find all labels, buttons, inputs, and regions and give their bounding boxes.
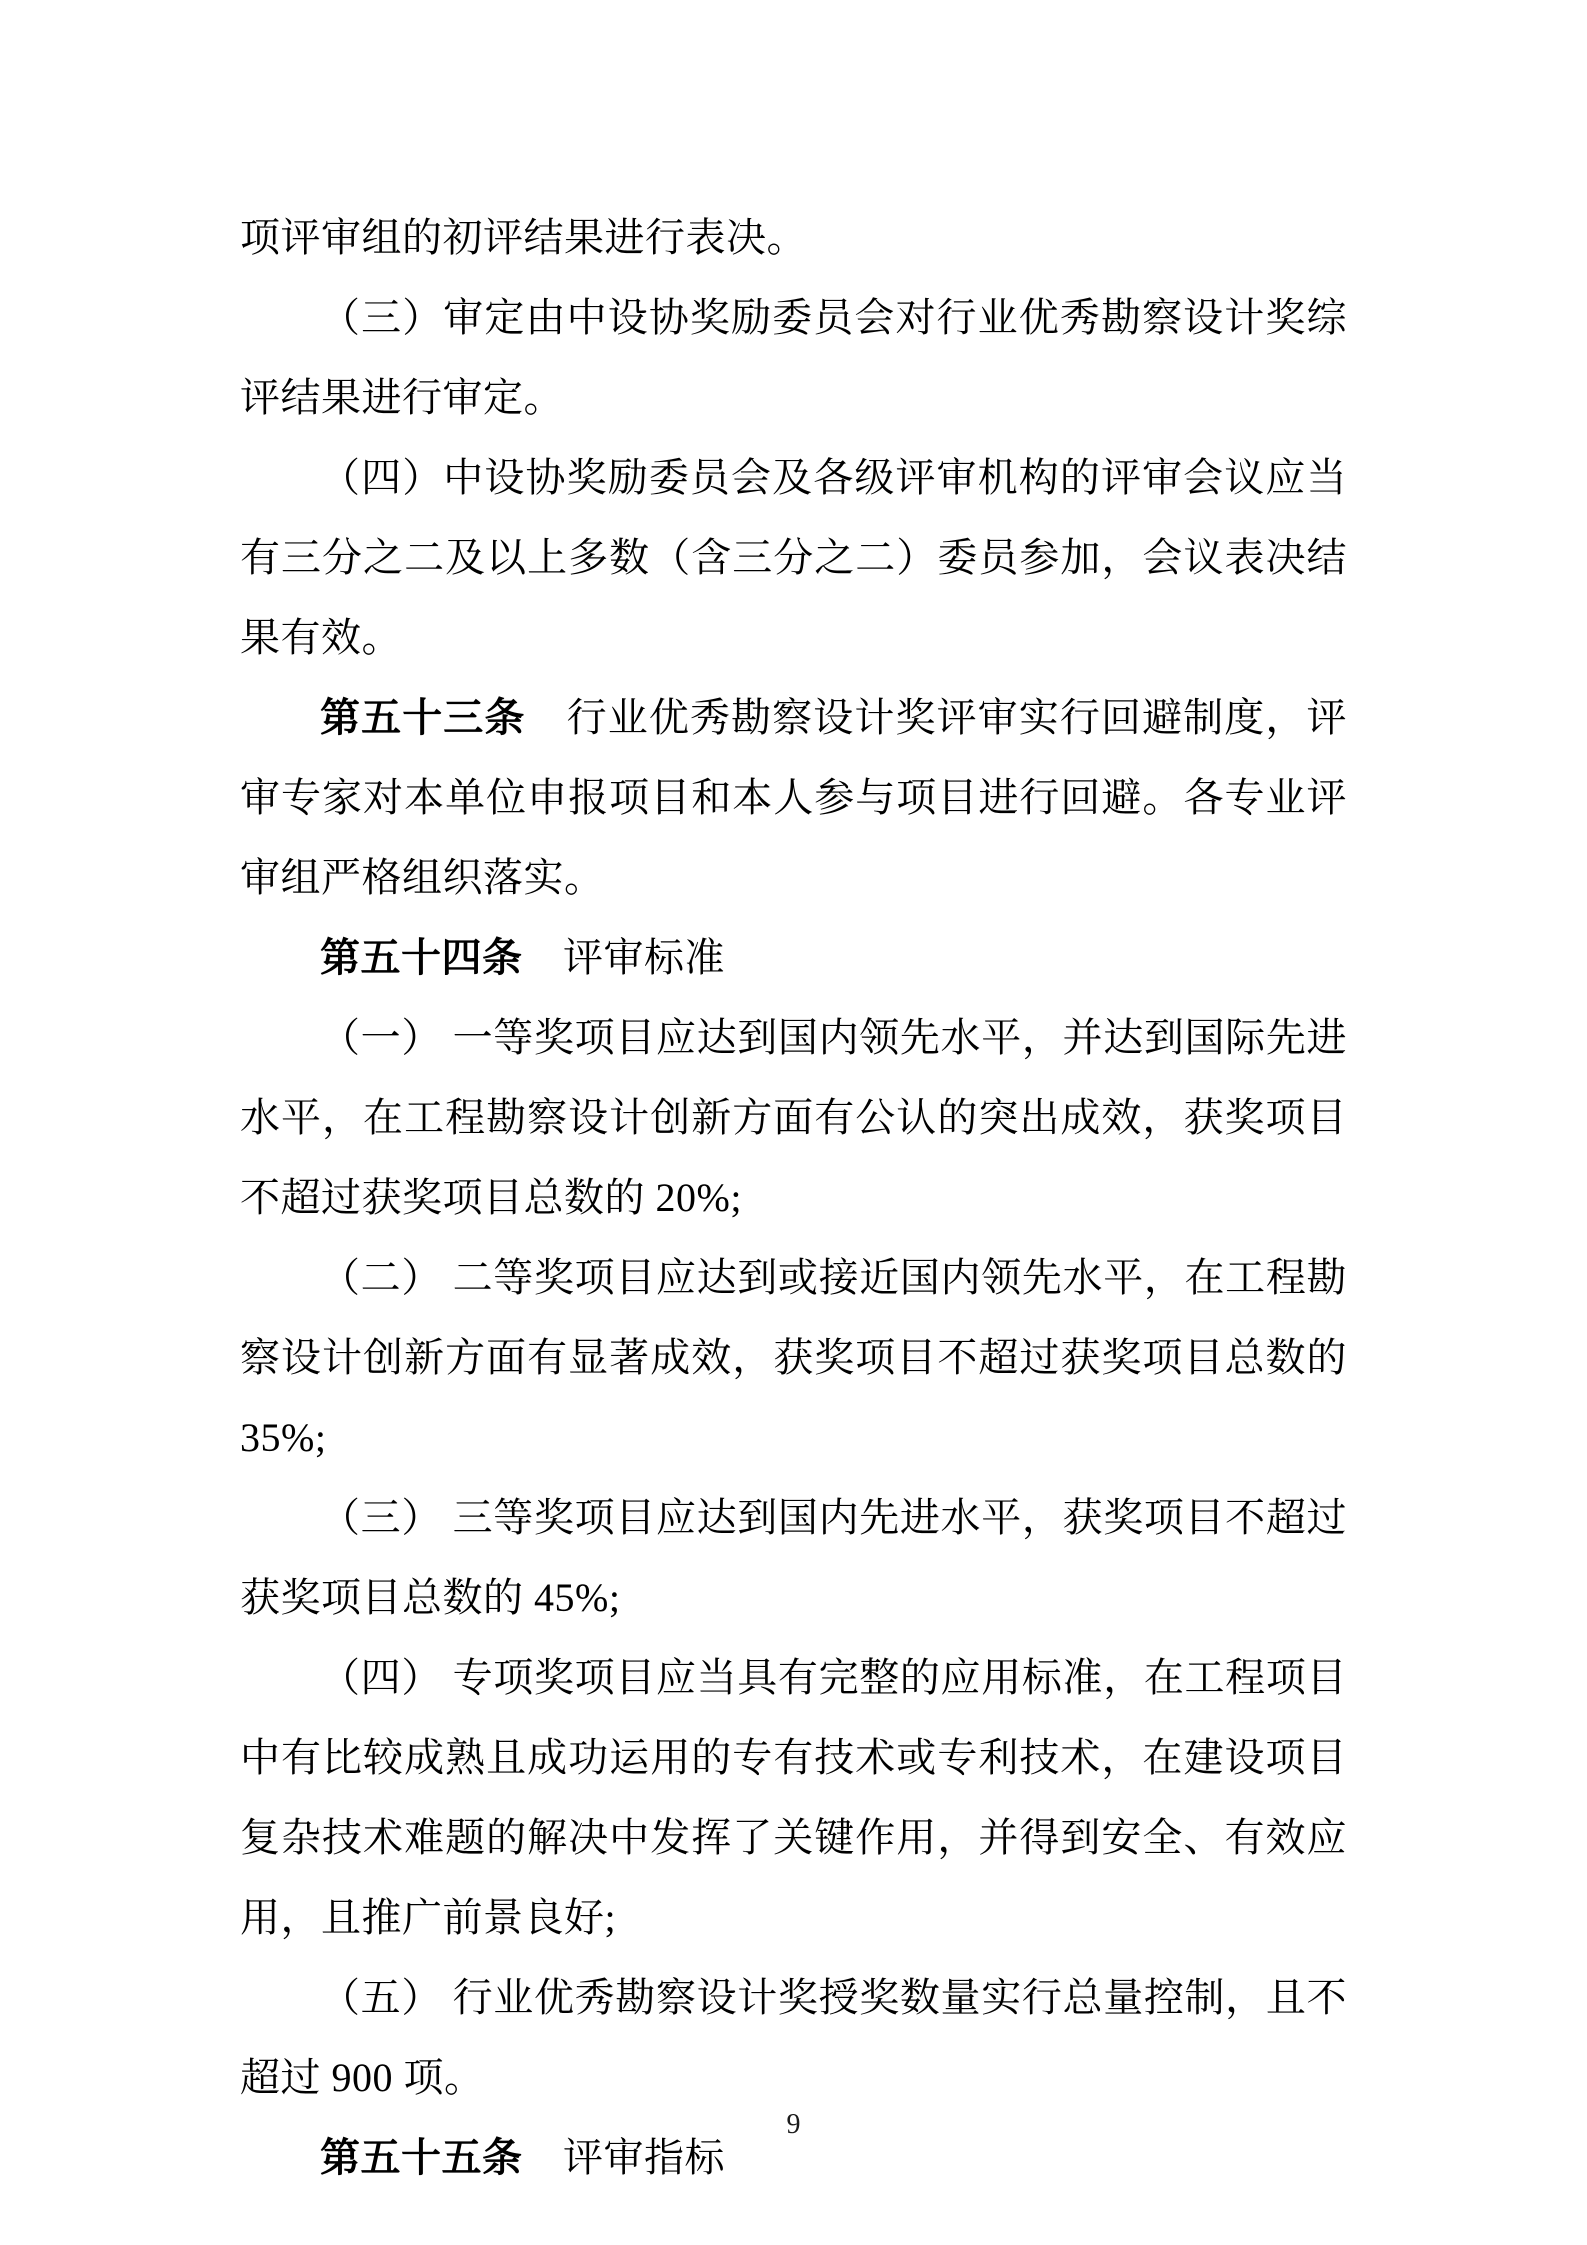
text-segment: （五） 行业优秀勘察设计奖授奖数量实行总量控制，且不超过 900 项。 <box>240 1975 1347 2100</box>
paragraph: （三）审定由中设协奖励委员会对行业优秀勘察设计奖综评结果进行审定。 <box>240 278 1347 438</box>
article-heading-segment: 第五十四条 <box>320 936 523 980</box>
paragraph: （五） 行业优秀勘察设计奖授奖数量实行总量控制，且不超过 900 项。 <box>240 1958 1347 2118</box>
text-segment: （四） 专项奖项目应当具有完整的应用标准，在工程项目中有比较成熟且成功运用的专有… <box>240 1655 1347 1940</box>
document-body: 项评审组的初评结果进行表决。（三）审定由中设协奖励委员会对行业优秀勘察设计奖综评… <box>240 198 1347 2198</box>
paragraph: （一） 一等奖项目应达到国内领先水平，并达到国际先进水平，在工程勘察设计创新方面… <box>240 998 1347 1238</box>
text-segment: （三）审定由中设协奖励委员会对行业优秀勘察设计奖综评结果进行审定。 <box>240 295 1347 420</box>
text-segment: 项评审组的初评结果进行表决。 <box>240 215 807 260</box>
document-page: 项评审组的初评结果进行表决。（三）审定由中设协奖励委员会对行业优秀勘察设计奖综评… <box>0 0 1587 2245</box>
text-segment: （二） 二等奖项目应达到或接近国内领先水平，在工程勘察设计创新方面有显著成效，获… <box>240 1255 1347 1460</box>
text-segment: 评审标准 <box>523 935 726 980</box>
article-heading-segment: 第五十三条 <box>320 696 526 740</box>
text-segment: （四）中设协奖励委员会及各级评审机构的评审会议应当有三分之二及以上多数（含三分之… <box>240 455 1347 660</box>
paragraph: （二） 二等奖项目应达到或接近国内领先水平，在工程勘察设计创新方面有显著成效，获… <box>240 1238 1347 1478</box>
paragraph: 第五十三条 行业优秀勘察设计奖评审实行回避制度，评审专家对本单位申报项目和本人参… <box>240 678 1347 918</box>
text-segment: （三） 三等奖项目应达到国内先进水平，获奖项目不超过获奖项目总数的 45%; <box>240 1495 1347 1620</box>
paragraph: 项评审组的初评结果进行表决。 <box>240 198 1347 278</box>
page-number: 9 <box>0 2105 1587 2145</box>
paragraph: （三） 三等奖项目应达到国内先进水平，获奖项目不超过获奖项目总数的 45%; <box>240 1478 1347 1638</box>
paragraph: （四） 专项奖项目应当具有完整的应用标准，在工程项目中有比较成熟且成功运用的专有… <box>240 1638 1347 1958</box>
paragraph: （四）中设协奖励委员会及各级评审机构的评审会议应当有三分之二及以上多数（含三分之… <box>240 438 1347 678</box>
text-segment: （一） 一等奖项目应达到国内领先水平，并达到国际先进水平，在工程勘察设计创新方面… <box>240 1015 1347 1220</box>
paragraph: 第五十四条 评审标准 <box>240 918 1347 998</box>
